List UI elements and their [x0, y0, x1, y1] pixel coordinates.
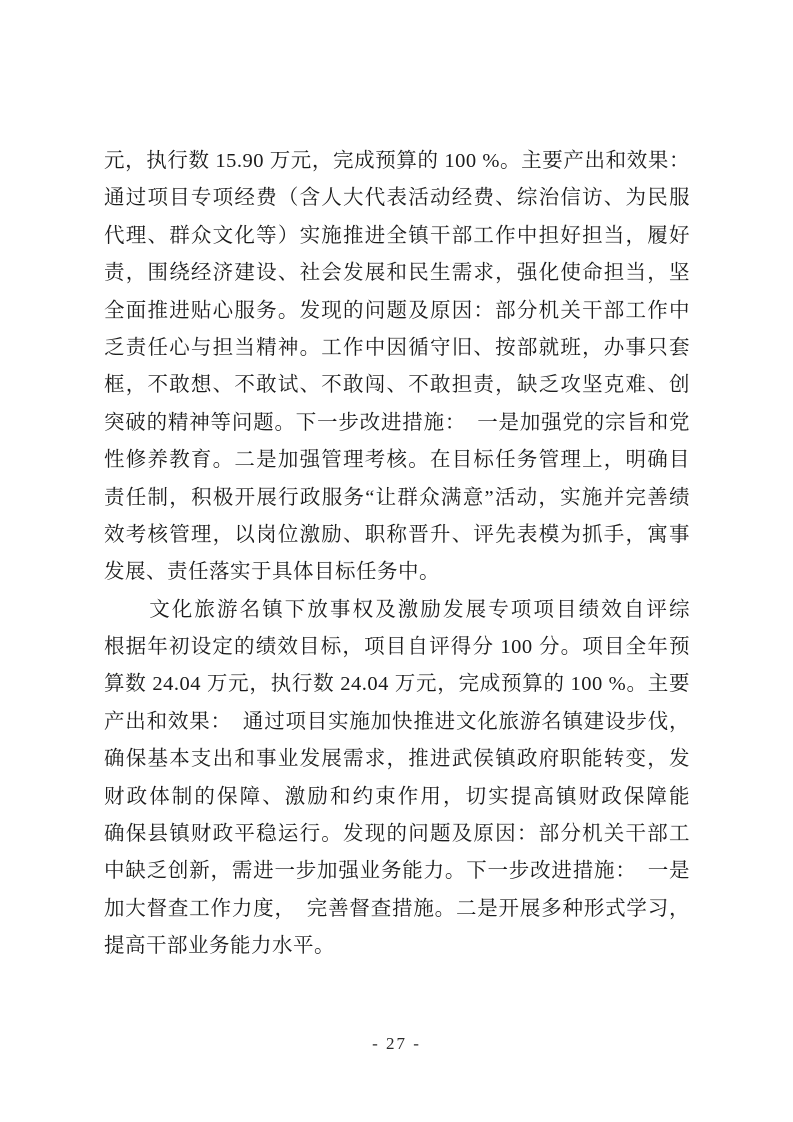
- text-line: 财政体制的保障、激励和约束作用，切实提高镇财政保障能力，: [104, 779, 690, 816]
- text-line: 乏责任心与担当精神。工作中因循守旧、按部就班，办事只套框: [104, 330, 690, 367]
- text-line: 算数 24.04 万元，执行数 24.04 万元，完成预算的 100 %。主要: [104, 666, 690, 703]
- text-line: 全面推进贴心服务。发现的问题及原因：部分机关干部工作中缺: [104, 293, 690, 330]
- text-line: 加大督查工作力度， 完善督查措施。二是开展多种形式学习，: [104, 891, 690, 928]
- text-line: 确保县镇财政平稳运行。发现的问题及原因：部分机关干部工作: [104, 816, 690, 853]
- text-line: 代理、群众文化等）实施推进全镇干部工作中担好担当，履好职: [104, 218, 690, 255]
- page-number: - 27 -: [0, 1034, 793, 1054]
- text-line-paragraph-end: 提高干部业务能力水平。: [104, 928, 690, 965]
- text-line: 责，围绕经济建设、社会发展和民生需求，强化使命担当，坚持: [104, 255, 690, 292]
- text-line-paragraph-end: 发展、责任落实于具体目标任务中。: [104, 554, 690, 591]
- text-line: 产出和效果： 通过项目实施加快推进文化旅游名镇建设步伐，: [104, 704, 690, 741]
- text-line-paragraph-start: 文化旅游名镇下放事权及激励发展专项项目绩效自评综述：: [104, 592, 690, 629]
- text-line: 中缺乏创新，需进一步加强业务能力。下一步改进措施： 一是: [104, 853, 690, 890]
- document-page: 元，执行数 15.90 万元，完成预算的 100 %。主要产出和效果： 通过项目…: [0, 0, 793, 1122]
- text-line: 根据年初设定的绩效目标，项目自评得分 100 分。项目全年预: [104, 629, 690, 666]
- text-line: 通过项目专项经费（含人大代表活动经费、综治信访、为民服务: [104, 180, 690, 217]
- text-line: 确保基本支出和事业发展需求，推进武侯镇政府职能转变，发挥: [104, 741, 690, 778]
- body-text: 元，执行数 15.90 万元，完成预算的 100 %。主要产出和效果： 通过项目…: [104, 143, 690, 966]
- text-line: 框，不敢想、不敢试、不敢闯、不敢担责，缺乏攻坚克难、创新: [104, 367, 690, 404]
- text-line: 责任制，积极开展行政服务“让群众满意”活动，实施并完善绩: [104, 480, 690, 517]
- text-line: 性修养教育。二是加强管理考核。在目标任务管理上，明确目标: [104, 442, 690, 479]
- text-line: 元，执行数 15.90 万元，完成预算的 100 %。主要产出和效果：: [104, 143, 690, 180]
- text-line: 突破的精神等问题。下一步改进措施： 一是加强党的宗旨和党: [104, 405, 690, 442]
- text-line: 效考核管理，以岗位激励、职称晋升、评先表模为抓手，寓事业: [104, 517, 690, 554]
